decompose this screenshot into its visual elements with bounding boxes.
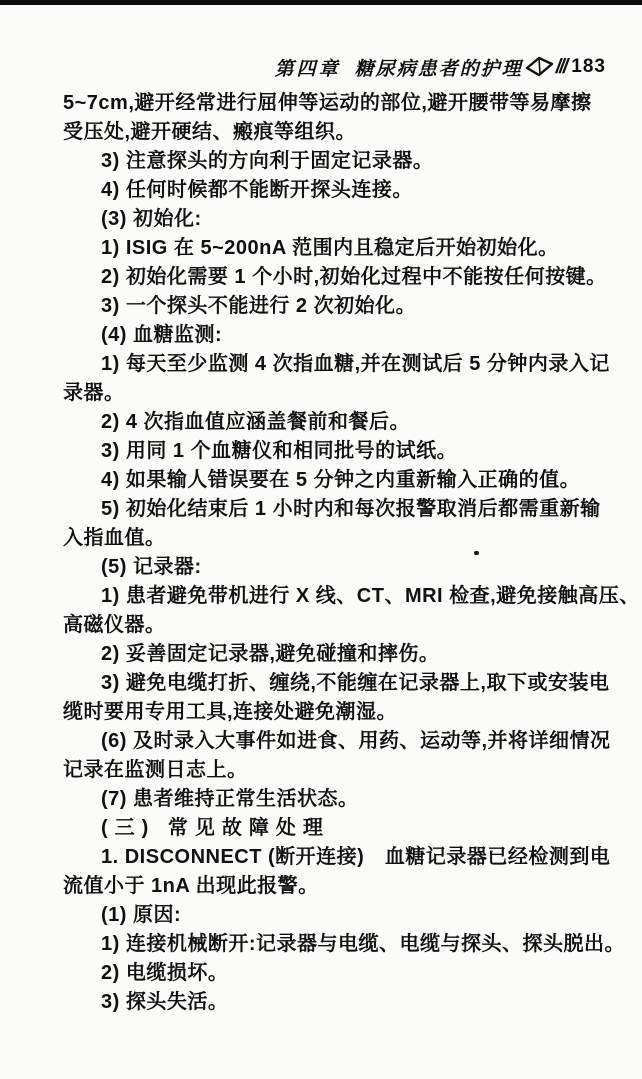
text-line: (1) 原因: bbox=[63, 901, 612, 930]
text-line: 1) ISIG 在 5~200nA 范围内且稳定后开始初始化。 bbox=[63, 234, 612, 263]
text-line: 2) 电缆损坏。 bbox=[63, 959, 612, 988]
slashes-decoration: /// bbox=[556, 56, 567, 79]
page-number: 183 bbox=[571, 56, 606, 78]
text-line: 1. DISCONNECT (断开连接) 血糖记录器已经检测到电 bbox=[63, 843, 612, 872]
book-page: 第四章 糖尿病患者的护理 /// 183 5~7cm,避开经常进行屈伸等运动的部… bbox=[0, 0, 642, 1079]
page-header: 第四章 糖尿病患者的护理 /// 183 bbox=[0, 52, 606, 82]
text-line: 流值小于 1nA 出现此报警。 bbox=[63, 872, 612, 901]
text-line: 1) 连接机械断开:记录器与电缆、电缆与探头、探头脱出。 bbox=[63, 930, 612, 959]
text-line: (4) 血糖监测: bbox=[63, 321, 612, 350]
text-line: 2) 初始化需要 1 个小时,初始化过程中不能按任何按键。 bbox=[63, 263, 612, 292]
body-text: 5~7cm,避开经常进行屈伸等运动的部位,避开腰带等易摩擦受压处,避开硬结、瘢痕… bbox=[63, 89, 612, 1017]
text-line: 2) 妥善固定记录器,避免碰撞和摔伤。 bbox=[63, 640, 612, 669]
stray-mark bbox=[474, 551, 479, 555]
scan-edge-bar bbox=[0, 0, 642, 5]
chapter-label: 第四章 bbox=[275, 54, 341, 81]
text-line: 2) 4 次指血值应涵盖餐前和餐后。 bbox=[63, 408, 612, 437]
chapter-title: 糖尿病患者的护理 bbox=[355, 54, 523, 81]
text-line: 3) 用同 1 个血糖仪和相同批号的试纸。 bbox=[63, 437, 612, 466]
text-line: 4) 如果输人错误要在 5 分钟之内重新输入正确的值。 bbox=[63, 466, 612, 495]
text-line: 3) 探头失活。 bbox=[63, 988, 612, 1017]
text-line: 受压处,避开硬结、瘢痕等组织。 bbox=[63, 118, 612, 147]
text-line: 5~7cm,避开经常进行屈伸等运动的部位,避开腰带等易摩擦 bbox=[63, 89, 612, 118]
text-line: 缆时要用专用工具,连接处避免潮湿。 bbox=[63, 698, 612, 727]
text-line: 1) 患者避免带机进行 X 线、CT、MRI 检查,避免接触高压、 bbox=[63, 582, 612, 611]
text-line: 1) 每天至少监测 4 次指血糖,并在测试后 5 分钟内录入记 bbox=[63, 350, 612, 379]
text-line: 3) 一个探头不能进行 2 次初始化。 bbox=[63, 292, 612, 321]
text-line: 记录在监测日志上。 bbox=[63, 756, 612, 785]
text-line: 4) 任何时候都不能断开探头连接。 bbox=[63, 176, 612, 205]
text-line: 入指血值。 bbox=[63, 524, 612, 553]
text-line: (三) 常见故障处理 bbox=[63, 814, 612, 843]
text-line: 5) 初始化结束后 1 小时内和每次报警取消后都需重新输 bbox=[63, 495, 612, 524]
text-line: 3) 注意探头的方向利于固定记录器。 bbox=[63, 147, 612, 176]
text-line: 录器。 bbox=[63, 379, 612, 408]
text-line: (5) 记录器: bbox=[63, 553, 612, 582]
open-book-icon bbox=[525, 55, 555, 79]
text-line: (7) 患者维持正常生活状态。 bbox=[63, 785, 612, 814]
text-line: 高磁仪器。 bbox=[63, 611, 612, 640]
text-line: (6) 及时录入大事件如进食、用药、运动等,并将详细情况 bbox=[63, 727, 612, 756]
text-line: (3) 初始化: bbox=[63, 205, 612, 234]
text-line: 3) 避免电缆打折、缠绕,不能缠在记录器上,取下或安装电 bbox=[63, 669, 612, 698]
